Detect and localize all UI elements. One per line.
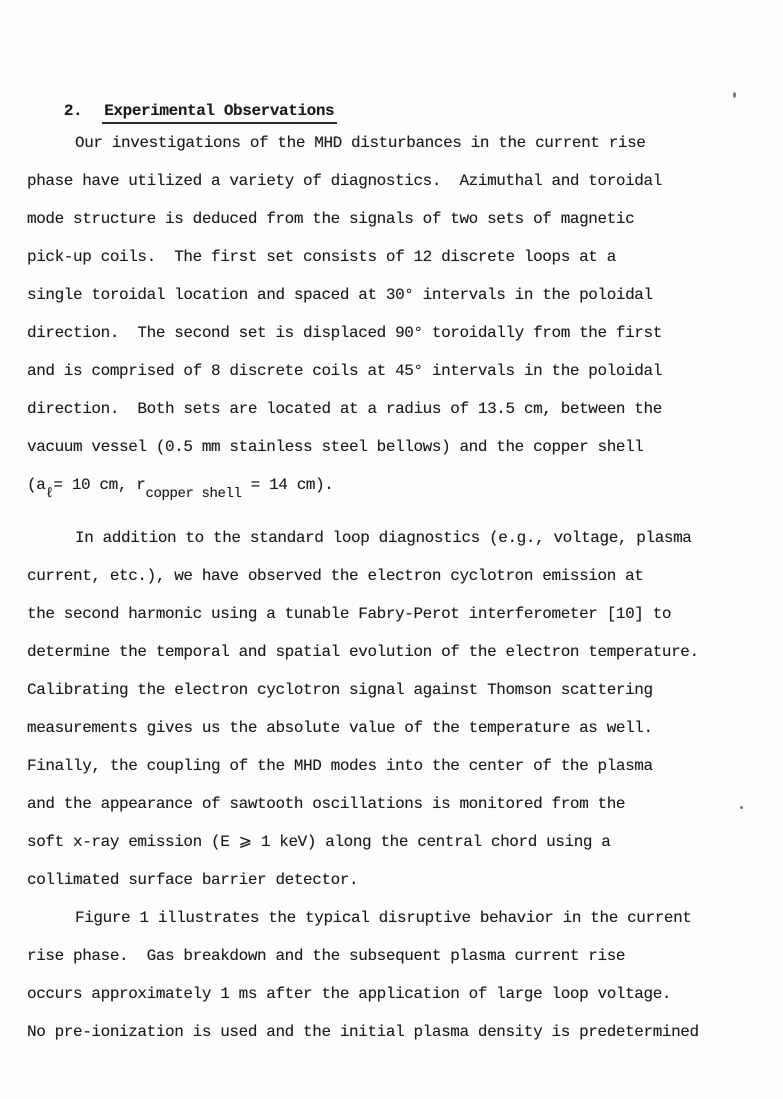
text-line: determine the temporal and spatial evolu… <box>27 633 762 671</box>
text-line: vacuum vessel (0.5 mm stainless steel be… <box>27 428 762 466</box>
scanned-paper-page: 2.Experimental Observations Our investig… <box>0 0 783 1099</box>
text-line: direction. Both sets are located at a ra… <box>27 390 762 428</box>
text-line: single toroidal location and spaced at 3… <box>27 276 762 314</box>
text-line: pick-up coils. The first set consists of… <box>27 238 762 276</box>
section-number: 2. <box>64 102 82 120</box>
section-title: Experimental Observations <box>102 102 337 124</box>
body-text: Our investigations of the MHD disturbanc… <box>27 124 762 1051</box>
paragraph-1: Our investigations of the MHD disturbanc… <box>27 124 762 504</box>
text-line: occurs approximately 1 ms after the appl… <box>27 975 762 1013</box>
formula-open: (a <box>27 476 45 494</box>
formula-line: (aℓ= 10 cm, rcopper shell = 14 cm). <box>27 466 762 504</box>
formula-mid: = 10 cm, r <box>53 476 145 494</box>
text-line: Figure 1 illustrates the typical disrupt… <box>27 899 762 937</box>
paragraph-2: In addition to the standard loop diagnos… <box>27 519 762 899</box>
scan-speck <box>740 806 743 809</box>
subscript-l: ℓ <box>45 475 53 513</box>
text-line: and the appearance of sawtooth oscillati… <box>27 785 762 823</box>
text-line: Finally, the coupling of the MHD modes i… <box>27 747 762 785</box>
text-line: No pre-ionization is used and the initia… <box>27 1013 762 1051</box>
text-line: phase have utilized a variety of diagnos… <box>27 162 762 200</box>
text-line: mode structure is deduced from the signa… <box>27 200 762 238</box>
text-line: and is comprised of 8 discrete coils at … <box>27 352 762 390</box>
paragraph-3: Figure 1 illustrates the typical disrupt… <box>27 899 762 1051</box>
text-line: In addition to the standard loop diagnos… <box>27 519 762 557</box>
text-line: the second harmonic using a tunable Fabr… <box>27 595 762 633</box>
text-line: Calibrating the electron cyclotron signa… <box>27 671 762 709</box>
text-line: measurements gives us the absolute value… <box>27 709 762 747</box>
scan-speck <box>733 92 736 98</box>
text-line: Our investigations of the MHD disturbanc… <box>27 124 762 162</box>
text-line: rise phase. Gas breakdown and the subseq… <box>27 937 762 975</box>
text-line: direction. The second set is displaced 9… <box>27 314 762 352</box>
formula-end: = 14 cm). <box>241 476 333 494</box>
subscript-copper-shell: copper shell <box>145 475 241 513</box>
text-line: soft x-ray emission (E ⩾ 1 keV) along th… <box>27 823 762 861</box>
text-line: current, etc.), we have observed the ele… <box>27 557 762 595</box>
text-line: collimated surface barrier detector. <box>27 861 762 899</box>
